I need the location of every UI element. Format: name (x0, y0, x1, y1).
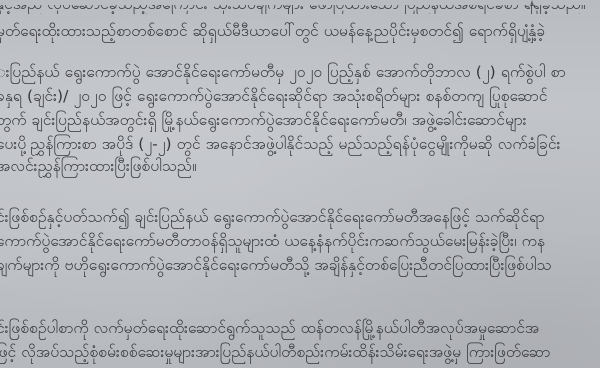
document-photo: နှင့်အညီ လုပ်ဆောင်ခဲ့သည့်အကြောင်း သုံးသပ… (0, 0, 600, 368)
document-line-8: ကောက်ပွဲအောင်နိုင်ရေးကော်မတီတာဝန်ရှိသူမျ… (0, 231, 545, 251)
document-line-3: ခနှရ (ချင်း)/ ၂၀၂၀ ဖြင့် ရွေးကောက်ပွဲအော… (0, 86, 547, 106)
document-line-11: ဖြင့် လိုအပ်သည့်စုံစမ်းစစ်ဆေးမှုများအားပ… (0, 342, 550, 362)
document-line-1: မှတ်ရေးထိုးထားသည့်စာတစ်စောင် ဆိုရှယ်မီဒီ… (0, 21, 545, 41)
document-line-0: နှင့်အညီ လုပ်ဆောင်ခဲ့သည့်အကြောင်း သုံးသပ… (0, 0, 586, 14)
document-line-2: းပြည်နယ် ရွေးကောက်ပွဲ အောင်နိုင်ရေးကော်မ… (0, 62, 566, 82)
document-line-4: တွက် ချင်းပြည်နယ်အတွင်းရှိ မြို့နယ်ရွေးက… (0, 110, 527, 130)
document-line-7: င်းဖြစ်စဉ်နှင့်ပတ်သက်၍ ချင်းပြည်နယ် ရွေး… (0, 207, 545, 227)
document-line-10: င်းဖြစ်စဉ်ပါစာကို လက်မှတ်ရေးထိုးဆောင်ရွက… (0, 318, 539, 338)
document-line-5: ပေးပို့ညွှန်ကြားစာ အပိုဒ် (၂-၂) တွင် အနေ… (0, 134, 561, 154)
document-line-6: အလင်းညွှန်ကြားထားပြီးဖြစ်ပါသည်။ (0, 156, 197, 176)
document-line-9: ချက်များကို ဗဟိုရွေးကောက်ပွဲအောင်နိုင်ရေ… (0, 255, 552, 275)
